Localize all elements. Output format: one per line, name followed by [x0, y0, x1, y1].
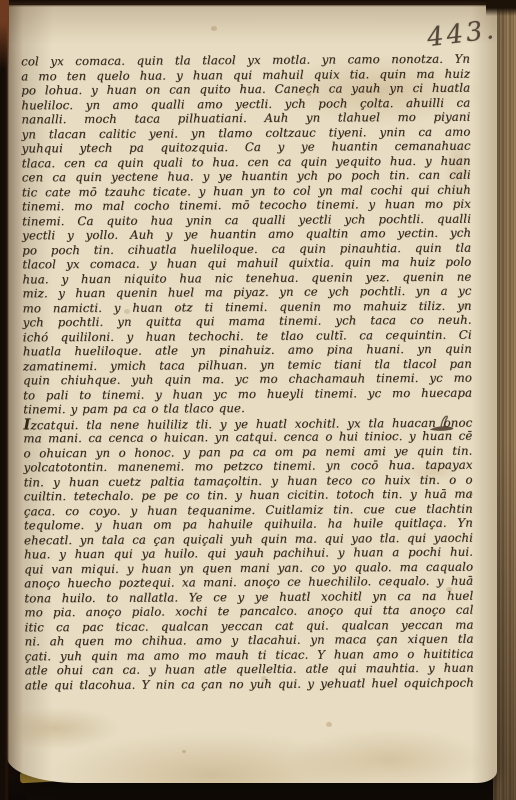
folio-number: 443. — [425, 15, 498, 53]
book-binding-corner — [486, 0, 516, 16]
photo-stage: 443. col yx comaca. quin tla tlacol yx m… — [0, 0, 516, 800]
manuscript-page: 443. col yx comaca. quin tla tlacol yx m… — [7, 5, 497, 783]
manuscript-text-block: col yx comaca. quin tla tlacol yx motla.… — [21, 52, 474, 693]
manuscript-line: atle qui tlacohua. Y nin ca çan no yuh q… — [25, 675, 474, 692]
book-binding-top-edge — [0, 0, 516, 7]
manuscript-line: to pali to tinemi. y huan yc mo hueyli t… — [23, 385, 472, 402]
book-binding-left-edge — [0, 0, 9, 800]
